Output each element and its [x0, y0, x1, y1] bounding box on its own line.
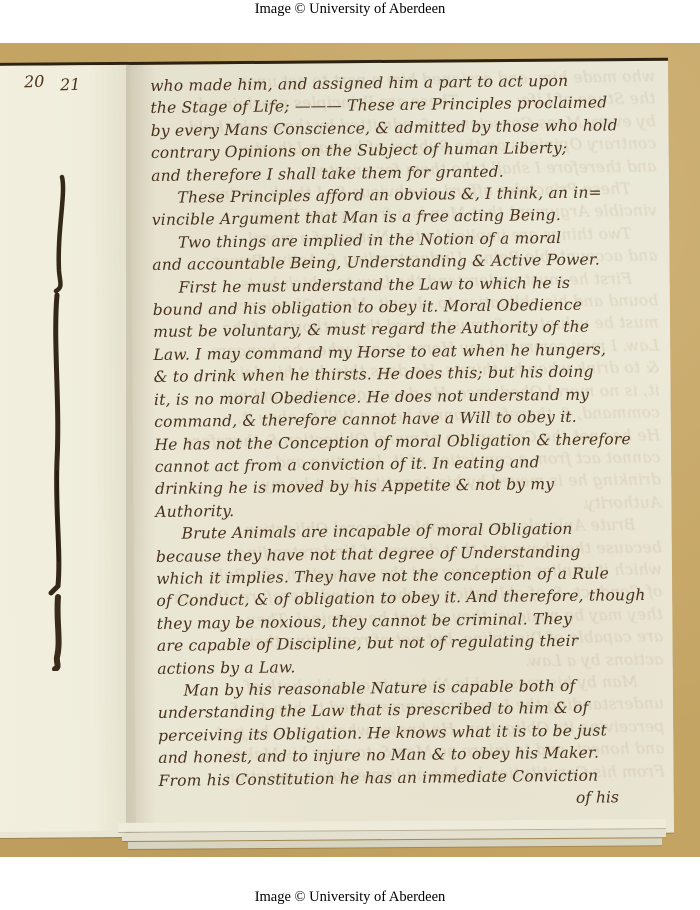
copyright-caption-bottom: Image © University of Aberdeen: [0, 889, 700, 906]
manuscript-photo: 20 21 who made him, and assigned him a p…: [0, 43, 700, 857]
page-number-20: 20: [24, 72, 45, 92]
scan-page: Image © University of Aberdeen 20 21 who…: [0, 0, 700, 910]
copyright-caption-top: Image © University of Aberdeen: [0, 1, 700, 18]
manuscript-lines: who made him, and assigned him a part to…: [150, 69, 671, 792]
page-number-21: 21: [60, 75, 81, 95]
binding-thread-icon: [42, 171, 72, 671]
manuscript-text-block: who made him, and assigned him a part to…: [150, 69, 671, 815]
